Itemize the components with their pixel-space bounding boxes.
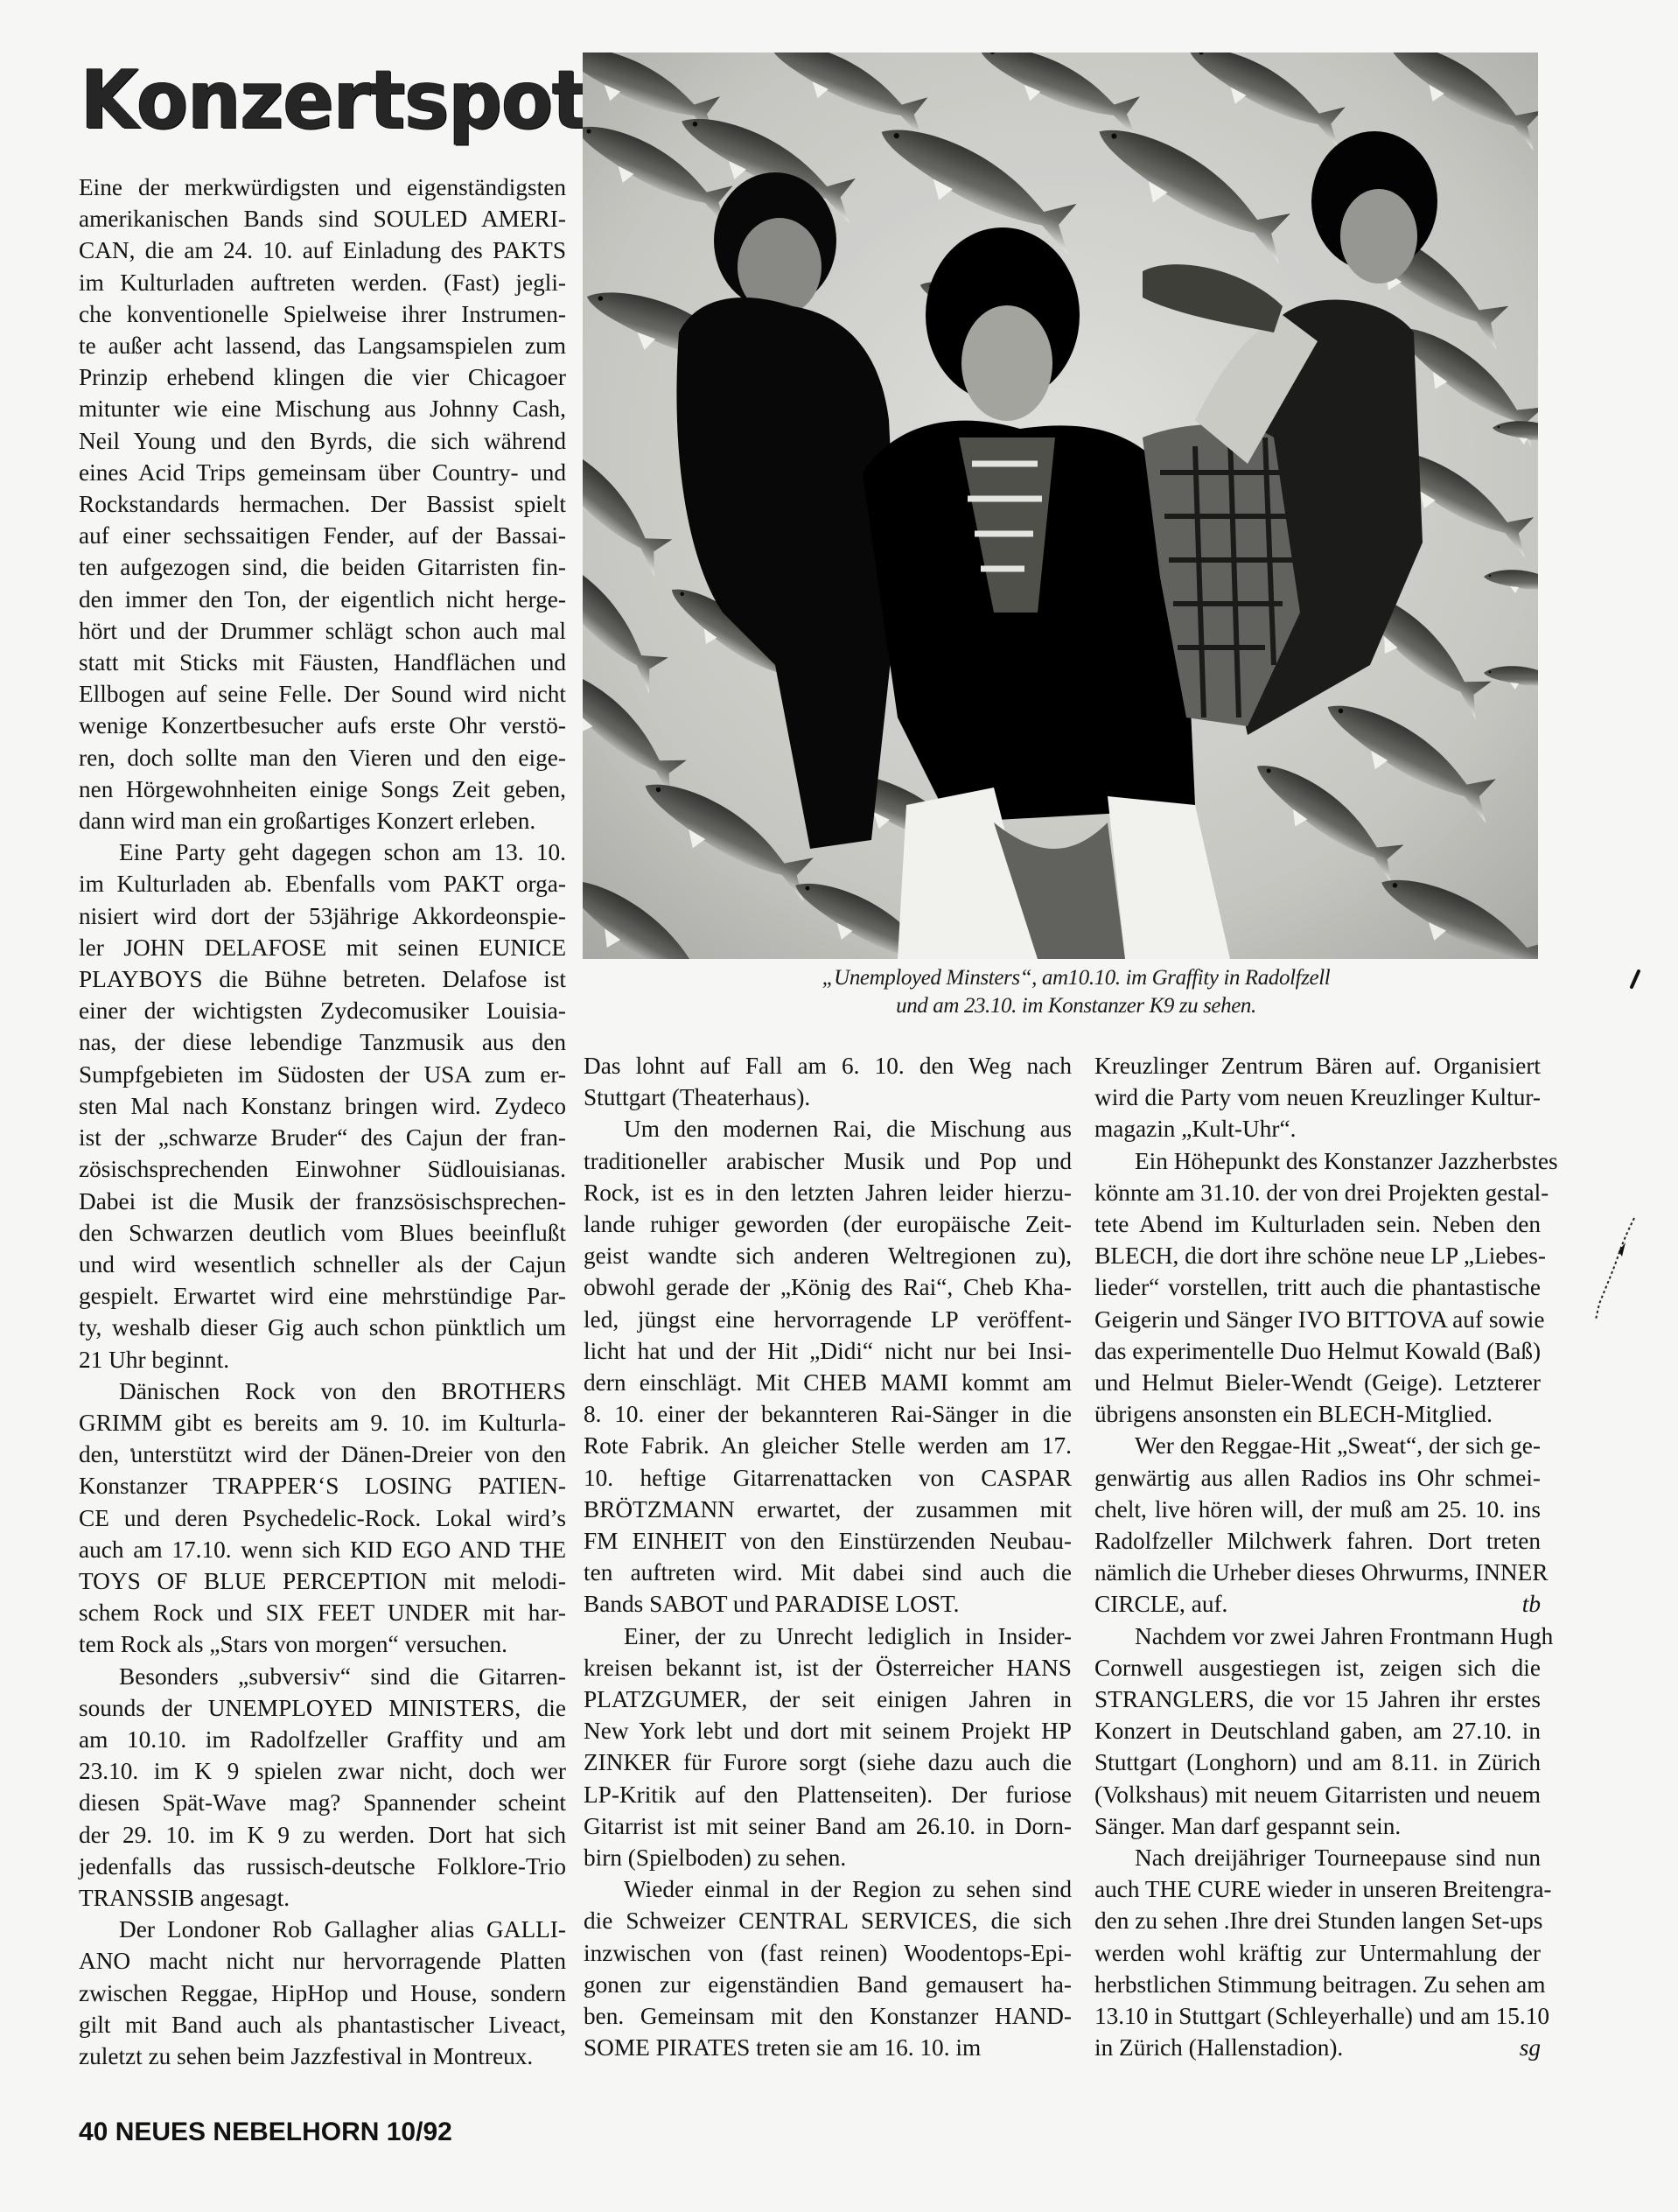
article-line: Nach dreijähriger Tourneepause sind nun bbox=[1094, 1842, 1541, 1873]
article-line: gilt mit Band auch als phantastischer Li… bbox=[79, 2009, 566, 2040]
article-line: CIRCLE, auf.tb bbox=[1094, 1588, 1541, 1620]
article-line: den zu sehen .Ihre drei Stunden langen S… bbox=[1094, 1905, 1541, 1936]
article-paragraph: Ein Höhepunkt des Konstanzer Jazzherbste… bbox=[1094, 1145, 1541, 1431]
page-footer-folio: 40 NEUES NEBELHORN 10/92 bbox=[79, 2117, 452, 2147]
article-paragraph: Wieder einmal in der Region zu sehen sin… bbox=[584, 1873, 1072, 2063]
author-initials: sg bbox=[1520, 2032, 1541, 2063]
article-line: LP-Kritik auf den Plattenseiten). Der fu… bbox=[584, 1779, 1072, 1810]
article-line: 10. heftige Gitarrenattacken von CASPAR bbox=[584, 1462, 1072, 1494]
article-line: und Helmut Bieler-Wendt (Geige). Letzter… bbox=[1094, 1367, 1541, 1398]
article-line: ler JOHN DELAFOSE mit seinen EUNICE bbox=[79, 932, 566, 963]
article-line: Stuttgart (Theaterhaus). bbox=[584, 1081, 1072, 1113]
article-paragraph: Eine Party geht dagegen schon am 13. 10.… bbox=[79, 836, 566, 1375]
article-line: BLECH, die dort ihre schöne neue LP „Lie… bbox=[1094, 1240, 1541, 1271]
article-line: FM EINHEIT von den Einstürzenden Neubau- bbox=[584, 1525, 1072, 1557]
author-initials: tb bbox=[1522, 1588, 1541, 1620]
scan-speck-mark bbox=[1629, 969, 1641, 989]
article-line: Cornwell ausgestiegen ist, zeigen sich d… bbox=[1094, 1652, 1541, 1683]
article-line: dern einschlägt. Mit CHEB MAMI kommt am bbox=[584, 1367, 1072, 1398]
article-line: zwischen Reggae, HipHop und House, sonde… bbox=[79, 1977, 566, 2009]
article-line: den immer den Ton, der eigentlich nicht … bbox=[79, 584, 566, 615]
article-line: werden wohl kräftig zur Untermahlung der bbox=[1094, 1937, 1541, 1969]
article-line: jedenfalls das russisch-deutsche Folklor… bbox=[79, 1851, 566, 1882]
article-line: 8. 10. einer der bekannteren Rai-Sänger … bbox=[584, 1398, 1072, 1430]
article-line: licht hat und der Hit „Didi“ nicht nur b… bbox=[584, 1335, 1072, 1367]
article-line: Sumpfgebieten im Südosten der USA zum er… bbox=[79, 1059, 566, 1090]
article-line: traditioneller arabischer Musik und Pop … bbox=[584, 1145, 1072, 1177]
article-line: GRIMM gibt es bereits am 9. 10. im Kultu… bbox=[79, 1407, 566, 1438]
photo-caption-line-1: „Unemployed Minsters“, am10.10. im Graff… bbox=[612, 964, 1540, 992]
article-line: New York lebt und dort mit seinem Projek… bbox=[584, 1715, 1072, 1746]
article-paragraph: Das lohnt auf Fall am 6. 10. den Weg nac… bbox=[584, 1050, 1072, 1113]
article-line: Gitarrist ist mit seiner Band am 26.10. … bbox=[584, 1810, 1072, 1842]
article-line: birn (Spielboden) zu sehen. bbox=[584, 1842, 1072, 1873]
band-photo bbox=[583, 52, 1538, 959]
article-line: genwärtig aus allen Radios ins Ohr schme… bbox=[1094, 1462, 1541, 1494]
article-line: ZINKER für Furore sorgt (siehe dazu auch… bbox=[584, 1746, 1072, 1778]
article-line: lieder“ vorstellen, tritt auch die phant… bbox=[1094, 1271, 1541, 1303]
article-paragraph: Dänischen Rock von den BROTHERSGRIMM gib… bbox=[79, 1375, 566, 1661]
article-line: CAN, die am 24. 10. auf Einladung des PA… bbox=[79, 234, 566, 266]
article-line: herbstlichen Stimmung beitragen. Zu sehe… bbox=[1094, 1969, 1541, 2000]
article-line: nämlich die Urheber dieses Ohrwurms, INN… bbox=[1094, 1557, 1541, 1588]
article-line: sten Mal nach Konstanz bringen wird. Zyd… bbox=[79, 1090, 566, 1122]
article-line: auch am 17.10. wenn sich KID EGO AND THE bbox=[79, 1534, 566, 1565]
article-line: STRANGLERS, die vor 15 Jahren ihr erstes bbox=[1094, 1683, 1541, 1715]
article-line: kreisen bekannt ist, ist der Österreiche… bbox=[584, 1652, 1072, 1683]
article-line: Sänger. Man darf gespannt sein. bbox=[1094, 1810, 1541, 1842]
article-line: Neil Young und den Byrds, die sich währe… bbox=[79, 425, 566, 457]
article-column-2: Das lohnt auf Fall am 6. 10. den Weg nac… bbox=[584, 1050, 1072, 2064]
article-line: Bands SABOT und PARADISE LOST. bbox=[584, 1588, 1072, 1620]
article-line: wenige Konzertbesucher aufs erste Ohr ve… bbox=[79, 710, 566, 741]
article-line: 21 Uhr beginnt. bbox=[79, 1344, 566, 1375]
article-line: den Schwarzen deutlich vom Blues beeinfl… bbox=[79, 1217, 566, 1249]
article-paragraph: Einer, der zu Unrecht lediglich in Insid… bbox=[584, 1620, 1072, 1874]
article-line: geist wandte sich anderen Weltregionen z… bbox=[584, 1240, 1072, 1271]
scan-dot-mark bbox=[129, 1447, 135, 1452]
article-line: Rote Fabrik. An gleicher Stelle werden a… bbox=[584, 1430, 1072, 1461]
article-line: 23.10. im K 9 spielen zwar nicht, doch w… bbox=[79, 1755, 566, 1787]
article-line: amerikanischen Bands sind SOULED AMERI- bbox=[79, 203, 566, 234]
article-line: 13.10 in Stuttgart (Schleyerhalle) und a… bbox=[1094, 2000, 1541, 2032]
article-line: Nachdem vor zwei Jahren Frontmann Hugh bbox=[1094, 1620, 1541, 1652]
article-line: dann wird man ein großartiges Konzert er… bbox=[79, 805, 566, 836]
article-line: der 29. 10. im K 9 zu werden. Dort hat s… bbox=[79, 1819, 566, 1851]
article-line: Wieder einmal in der Region zu sehen sin… bbox=[584, 1873, 1072, 1905]
article-line: im Kulturladen ab. Ebenfalls vom PAKT or… bbox=[79, 868, 566, 899]
article-line: Wer den Reggae-Hit „Sweat“, der sich ge- bbox=[1094, 1430, 1541, 1461]
article-line: den, unterstützt wird der Dänen-Dreier v… bbox=[79, 1438, 566, 1470]
article-line: Stuttgart (Longhorn) und am 8.11. in Zür… bbox=[1094, 1746, 1541, 1778]
article-line: gonen zur eigenständien Band gemausert h… bbox=[584, 1969, 1072, 2000]
article-line: nisiert wird dort der 53jährige Akkordeo… bbox=[79, 900, 566, 932]
article-paragraph: Nach dreijähriger Tourneepause sind nuna… bbox=[1094, 1842, 1541, 2063]
article-line: nen Hörgewohnheiten einige Songs Zeit ge… bbox=[79, 773, 566, 805]
article-line: led, jüngst eine hervorragende LP veröff… bbox=[584, 1304, 1072, 1335]
article-line: diesen Spät-Wave mag? Spannender scheint bbox=[79, 1787, 566, 1818]
photo-caption: „Unemployed Minsters“, am10.10. im Graff… bbox=[612, 964, 1540, 1020]
article-line: Das lohnt auf Fall am 6. 10. den Weg nac… bbox=[584, 1050, 1072, 1081]
article-line: hört und der Drummer schlägt schon auch … bbox=[79, 615, 566, 647]
article-line: che konventionelle Spielweise ihrer Inst… bbox=[79, 298, 566, 330]
article-paragraph: Nachdem vor zwei Jahren Frontmann HughCo… bbox=[1094, 1620, 1541, 1842]
article-line: obwohl gerade der „König des Rai“, Cheb … bbox=[584, 1271, 1072, 1303]
article-line: in Zürich (Hallenstadion).sg bbox=[1094, 2032, 1541, 2063]
article-line: einer der wichtigsten Zydecomusiker Loui… bbox=[79, 995, 566, 1026]
article-line: gespielt. Erwartet wird eine mehrstündig… bbox=[79, 1280, 566, 1312]
article-line: Dänischen Rock von den BROTHERS bbox=[79, 1375, 566, 1407]
article-paragraph: Kreuzlinger Zentrum Bären auf. Organisie… bbox=[1094, 1050, 1541, 1145]
article-line: Konstanzer TRAPPER‘S LOSING PATIEN- bbox=[79, 1470, 566, 1501]
article-column-3: Kreuzlinger Zentrum Bären auf. Organisie… bbox=[1094, 1050, 1541, 2064]
article-line: ANO macht nicht nur hervorragende Platte… bbox=[79, 1945, 566, 1977]
article-line: Dabei ist die Musik der franzsösischspre… bbox=[79, 1186, 566, 1217]
article-line: auf einer sechssaitigen Fender, auf der … bbox=[79, 520, 566, 551]
band-photo-image bbox=[583, 52, 1538, 959]
article-line: Besonders „subversiv“ sind die Gitarren- bbox=[79, 1661, 566, 1692]
article-line: te außer acht lassend, das Langsamspiele… bbox=[79, 330, 566, 361]
article-line: chelt, live hören will, der muß am 25. 1… bbox=[1094, 1494, 1541, 1525]
article-line: tete Abend im Kulturladen sein. Neben de… bbox=[1094, 1208, 1541, 1240]
article-line: tem Rock als „Stars von morgen“ versuche… bbox=[79, 1628, 566, 1660]
article-line: TRANSSIB angesagt. bbox=[79, 1882, 566, 1914]
article-line: das experimentelle Duo Helmut Kowald (Ba… bbox=[1094, 1335, 1541, 1367]
article-line: könnte am 31.10. der von drei Projekten … bbox=[1094, 1177, 1541, 1208]
article-line: ty, weshalb dieser Gig auch schon pünktl… bbox=[79, 1312, 566, 1343]
article-line: ist der „schwarze Bruder“ des Cajun der … bbox=[79, 1122, 566, 1153]
article-line: Ellbogen auf seine Felle. Der Sound wird… bbox=[79, 678, 566, 710]
article-line: Geigerin und Sänger IVO BITTOVA auf sowi… bbox=[1094, 1304, 1541, 1335]
article-line: (Volkshaus) mit neuem Gitarristen und ne… bbox=[1094, 1779, 1541, 1810]
article-line: Rockstandards hermachen. Der Bassist spi… bbox=[79, 488, 566, 520]
article-line: sounds der UNEMPLOYED MINISTERS, die bbox=[79, 1692, 566, 1724]
article-line: Radolfzeller Milchwerk fahren. Dort tret… bbox=[1094, 1525, 1541, 1557]
article-line: Rock, ist es in den letzten Jahren leide… bbox=[584, 1177, 1072, 1208]
article-line: Der Londoner Rob Gallagher alias GALLI- bbox=[79, 1914, 566, 1945]
article-line: statt mit Sticks mit Fäusten, Handfläche… bbox=[79, 647, 566, 678]
photo-caption-line-2: und am 23.10. im Konstanzer K9 zu sehen. bbox=[612, 992, 1540, 1020]
article-line: ren, doch sollte man den Vieren und den … bbox=[79, 742, 566, 773]
article-line: BRÖTZMANN erwartet, der zusammen mit bbox=[584, 1494, 1072, 1525]
article-line: zuletzt zu sehen beim Jazzfestival in Mo… bbox=[79, 2040, 566, 2072]
article-line: übrigens ansonsten ein BLECH-Mitglied. bbox=[1094, 1398, 1541, 1430]
article-line: am 10.10. im Radolfzeller Graffity und a… bbox=[79, 1724, 566, 1755]
article-line: lande ruhiger geworden (der europäische … bbox=[584, 1208, 1072, 1240]
article-line: Eine der merkwürdigsten und eigenständig… bbox=[79, 171, 566, 203]
article-paragraph: Besonders „subversiv“ sind die Gitarren-… bbox=[79, 1661, 566, 1914]
article-line: auch THE CURE wieder in unseren Breiteng… bbox=[1094, 1873, 1541, 1905]
article-line: ten auftreten wird. Mit dabei sind auch … bbox=[584, 1557, 1072, 1588]
article-line: schem Rock und SIX FEET UNDER mit har- bbox=[79, 1597, 566, 1628]
article-line: CE und deren Psychedelic-Rock. Lokal wir… bbox=[79, 1502, 566, 1534]
article-paragraph: Wer den Reggae-Hit „Sweat“, der sich ge-… bbox=[1094, 1430, 1541, 1620]
article-line: SOME PIRATES treten sie am 16. 10. im bbox=[584, 2032, 1072, 2063]
article-line: Eine Party geht dagegen schon am 13. 10. bbox=[79, 836, 566, 868]
article-line: Ein Höhepunkt des Konstanzer Jazzherbste… bbox=[1094, 1145, 1541, 1177]
article-line: eines Acid Trips gemeinsam über Country-… bbox=[79, 457, 566, 488]
article-line: zösischsprechenden Einwohner Südlouisian… bbox=[79, 1153, 566, 1185]
article-line: wird die Party vom neuen Kreuzlinger Kul… bbox=[1094, 1081, 1541, 1113]
article-line: PLAYBOYS die Bühne betreten. Delafose is… bbox=[79, 963, 566, 995]
article-line: die Schweizer CENTRAL SERVICES, die sich bbox=[584, 1905, 1072, 1936]
article-line: Um den modernen Rai, die Mischung aus bbox=[584, 1113, 1072, 1144]
article-paragraph: Der Londoner Rob Gallagher alias GALLI-A… bbox=[79, 1914, 566, 2072]
article-paragraph: Eine der merkwürdigsten und eigenständig… bbox=[79, 171, 566, 836]
article-line: im Kulturladen auftreten werden. (Fast) … bbox=[79, 267, 566, 298]
article-line: Konzert in Deutschland gaben, am 27.10. … bbox=[1094, 1715, 1541, 1746]
article-line: inzwischen von (fast reinen) Woodentops-… bbox=[584, 1937, 1072, 1969]
article-line: ten aufgezogen sind, die beiden Gitarris… bbox=[79, 551, 566, 583]
article-line: nas, der diese lebendige Tanzmusik aus d… bbox=[79, 1026, 566, 1058]
article-paragraph: Um den modernen Rai, die Mischung austra… bbox=[584, 1113, 1072, 1620]
article-line: PLATZGUMER, der seit einigen Jahren in bbox=[584, 1683, 1072, 1715]
page-title: Konzertspots bbox=[80, 59, 631, 141]
article-column-1: Eine der merkwürdigsten und eigenständig… bbox=[79, 171, 566, 2072]
article-line: Einer, der zu Unrecht lediglich in Insid… bbox=[584, 1620, 1072, 1652]
article-line: und wird wesentlich schneller als der Ca… bbox=[79, 1249, 566, 1280]
article-line: mitunter wie eine Mischung aus Johnny Ca… bbox=[79, 393, 566, 424]
torn-edge-mark bbox=[1592, 1216, 1636, 1321]
article-line: ben. Gemeinsam mit den Konstanzer HAND- bbox=[584, 2000, 1072, 2032]
article-line: Kreuzlinger Zentrum Bären auf. Organisie… bbox=[1094, 1050, 1541, 1081]
article-line: Prinzip erhebend klingen die vier Chicag… bbox=[79, 361, 566, 393]
article-line: TOYS OF BLUE PERCEPTION mit melodi- bbox=[79, 1565, 566, 1597]
article-line: magazin „Kult-Uhr“. bbox=[1094, 1113, 1541, 1144]
